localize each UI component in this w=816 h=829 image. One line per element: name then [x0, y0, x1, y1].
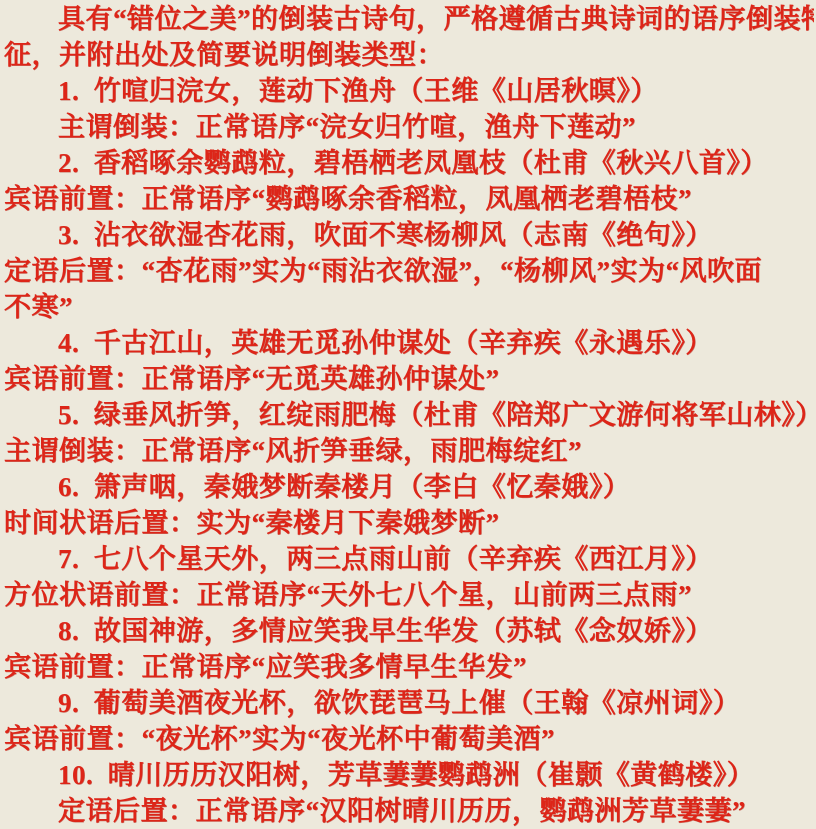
text-line: 主谓倒装：正常语序“浣女归竹喧，渔舟下莲动”	[4, 109, 814, 145]
text-line: 具有“错位之美”的倒装古诗句，严格遵循古典诗词的语序倒装特	[4, 1, 814, 37]
text-line: 6. 箫声咽，秦娥梦断秦楼月（李白《忆秦娥》）	[4, 469, 814, 505]
text-line: 宾语前置：正常语序“鹦鹉啄余香稻粒，凤凰栖老碧梧枝”	[4, 181, 814, 217]
text-line: 定语后置：“杏花雨”实为“雨沾衣欲湿”，“杨柳风”实为“风吹面	[4, 253, 814, 289]
text-line: 宾语前置：正常语序“无觅英雄孙仲谋处”	[4, 361, 814, 397]
text-line: 不寒”	[4, 289, 814, 325]
poetry-inversion-document: 具有“错位之美”的倒装古诗句，严格遵循古典诗词的语序倒装特征，并附出处及简要说明…	[4, 1, 814, 829]
text-line: 主谓倒装：正常语序“风折笋垂绿，雨肥梅绽红”	[4, 433, 814, 469]
text-line: 1. 竹喧归浣女，莲动下渔舟（王维《山居秋暝》）	[4, 73, 814, 109]
text-line: 宾语前置：“夜光杯”实为“夜光杯中葡萄美酒”	[4, 721, 814, 757]
text-line: 9. 葡萄美酒夜光杯，欲饮琵琶马上催（王翰《凉州词》）	[4, 685, 814, 721]
text-line: 征，并附出处及简要说明倒装类型：	[4, 37, 814, 73]
text-line: 时间状语后置：实为“秦楼月下秦娥梦断”	[4, 505, 814, 541]
document-body: 具有“错位之美”的倒装古诗句，严格遵循古典诗词的语序倒装特征，并附出处及简要说明…	[4, 1, 814, 829]
text-line: 宾语前置：正常语序“应笑我多情早生华发”	[4, 649, 814, 685]
text-line: 定语后置：正常语序“汉阳树晴川历历，鹦鹉洲芳草萋萋”	[4, 793, 814, 829]
text-line: 方位状语前置：正常语序“天外七八个星，山前两三点雨”	[4, 577, 814, 613]
text-line: 4. 千古江山，英雄无觅孙仲谋处（辛弃疾《永遇乐》）	[4, 325, 814, 361]
text-line: 2. 香稻啄余鹦鹉粒，碧梧栖老凤凰枝（杜甫《秋兴八首》）	[4, 145, 814, 181]
text-line: 10. 晴川历历汉阳树，芳草萋萋鹦鹉洲（崔颢《黄鹤楼》）	[4, 757, 814, 793]
text-line: 8. 故国神游，多情应笑我早生华发（苏轼《念奴娇》）	[4, 613, 814, 649]
text-line: 3. 沾衣欲湿杏花雨，吹面不寒杨柳风（志南《绝句》）	[4, 217, 814, 253]
text-line: 5. 绿垂风折笋，红绽雨肥梅（杜甫《陪郑广文游何将军山林》）	[4, 397, 814, 433]
text-line: 7. 七八个星天外，两三点雨山前（辛弃疾《西江月》）	[4, 541, 814, 577]
